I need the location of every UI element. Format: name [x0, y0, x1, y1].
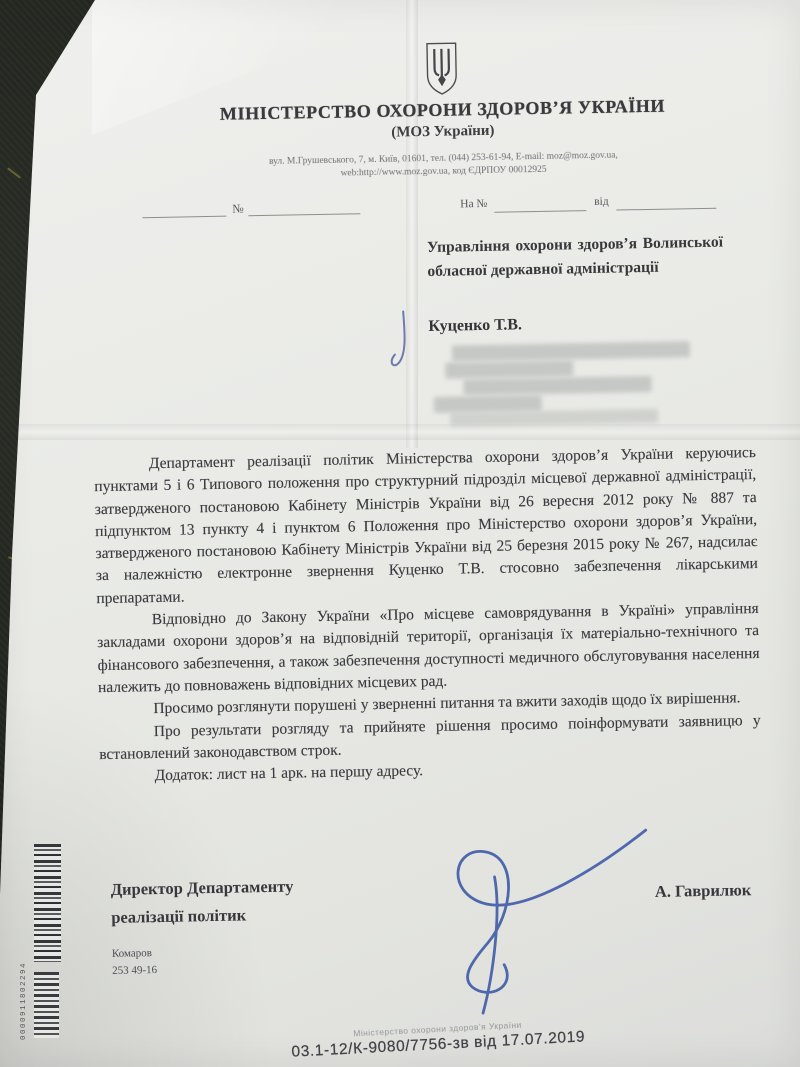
- redaction-block: [434, 395, 542, 413]
- redaction-block: [445, 360, 573, 378]
- executor-phone: 253 49-16: [112, 962, 157, 980]
- date-label: від: [594, 196, 609, 208]
- reply-blank-line: [494, 196, 586, 213]
- photo-of-letter: МІНІСТЕРСТВО ОХОРОНИ ЗДОРОВ’Я УКРАЇНИ (М…: [0, 0, 800, 1067]
- number-label: №: [232, 201, 244, 216]
- signer-position-line2: реалізації політик: [111, 899, 391, 932]
- body-paragraph: Департамент реалізації політик Міністерс…: [94, 442, 759, 610]
- registration-barcode: 0000911802294: [18, 840, 66, 1045]
- signer-name: А. Гаврилюк: [655, 880, 752, 902]
- pen-checkmark-icon: [386, 308, 413, 372]
- executor-block: Комаров 253 49-16: [112, 945, 158, 980]
- reply-number-label: На №: [460, 198, 487, 210]
- recipient-person: Куценко Т.В.: [428, 316, 522, 336]
- recipient-block: Управління охорони здоров’я Волинської о…: [427, 231, 724, 284]
- handwritten-signature-ink-icon: [394, 822, 657, 1019]
- redaction-block: [452, 341, 690, 361]
- signer-position: Директор Департаменту реалізації політик: [110, 871, 391, 932]
- date-blank-line: [616, 194, 716, 211]
- barcode-bars: [34, 844, 61, 962]
- ministry-address: вул. М.Грушевського, 7, м. Київ, 01601, …: [103, 146, 783, 184]
- letter-paper: МІНІСТЕРСТВО ОХОРОНИ ЗДОРОВ’Я УКРАЇНИ (М…: [0, 0, 800, 1067]
- letter-content: МІНІСТЕРСТВО ОХОРОНИ ЗДОРОВ’Я УКРАЇНИ (М…: [0, 0, 800, 1067]
- barcode-bars: [34, 972, 59, 1038]
- outgoing-blank-line: [142, 202, 226, 219]
- executor-name: Комаров: [112, 945, 157, 963]
- body-paragraph: Відповідно до Закону України «Про місцев…: [97, 598, 761, 699]
- barcode-digits: 0000911802294: [20, 840, 28, 1040]
- letter-body: Департамент реалізації політик Міністерс…: [94, 442, 762, 789]
- ukraine-trident-emblem-icon: [419, 35, 464, 102]
- redaction-block: [450, 409, 658, 427]
- redaction-block: [463, 376, 651, 395]
- number-blank-line: [248, 199, 360, 216]
